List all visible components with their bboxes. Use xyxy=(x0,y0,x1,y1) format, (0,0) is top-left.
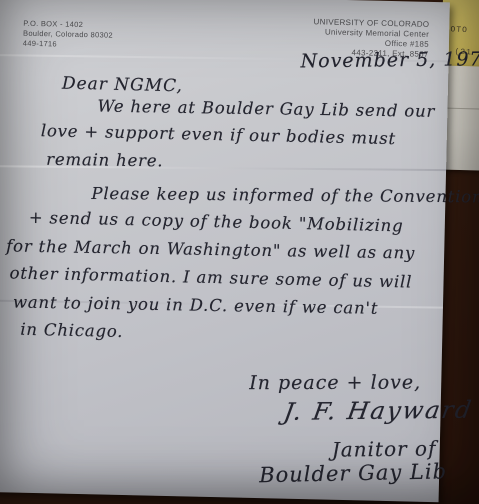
body-line: want to join you in D.C. even if we can'… xyxy=(13,292,379,317)
letter-paper: P.O. BOX - 1402 Boulder, Colorado 80302 … xyxy=(0,0,450,502)
closing-line: In peace + love, xyxy=(249,372,421,395)
handwritten-date: November 5, 1973 xyxy=(300,48,479,72)
letterhead-phone: 449-1716 xyxy=(23,39,113,51)
body-line: + send us a copy of the book "Mobilizing xyxy=(29,208,404,235)
salutation: Dear NGMC, xyxy=(62,74,183,97)
letterhead-address-block: P.O. BOX - 1402 Boulder, Colorado 80302 … xyxy=(23,19,114,51)
body-line: love + support even if our bodies must xyxy=(41,121,396,148)
body-line: remain here. xyxy=(46,150,163,171)
body-line: other information. I am sure some of us … xyxy=(9,263,412,291)
body-line: for the March on Washington" as well as … xyxy=(6,236,415,262)
signature: J. F. Hayward xyxy=(282,396,475,426)
photo-of-letter: OTO (21 P.O. BOX - 1402 Boulder, Colorad… xyxy=(0,0,479,504)
body-line: We here at Boulder Gay Lib send our xyxy=(97,97,435,121)
body-line: Please keep us informed of the Conventio… xyxy=(91,184,479,206)
signature-organization: Boulder Gay Lib xyxy=(259,459,447,487)
body-line: in Chicago. xyxy=(20,320,123,341)
yellow-note-fragment: OTO xyxy=(450,25,468,35)
signature-title: Janitor of xyxy=(332,436,437,461)
